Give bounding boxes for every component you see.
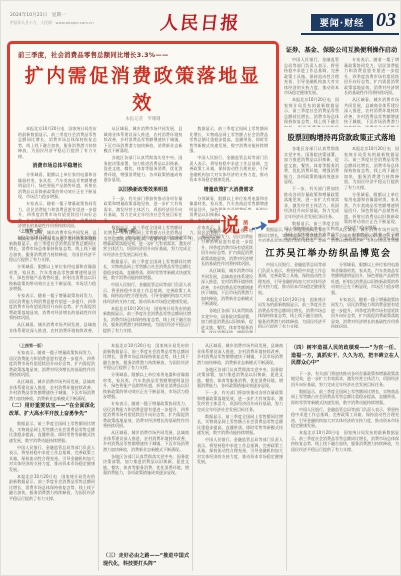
body-text-column: 中国人民银行、金融监管总局等部门负责人表示，将坚持稳中求进工作总基调，完善政策工… [284,57,339,127]
lead-body: 本报北京10月20日电 国家统计局发布的最新数据显示，前三季度社会消费品零售总额… [18,126,268,242]
body-paragraph: 从区域看，城乡消费市场共同发展，县域商业体系建设深入推进，农村消费环境持续改善，… [201,268,253,307]
body-paragraph: 下一步，有关部门将加快推动各项存量政策和增量政策落地见效，进一步扩大有效需求，激… [103,235,191,257]
lead-kicker: 前三季度，社会消费品零售总额同比增长3.3%—— [18,50,268,59]
body-text-column: 数据显示，前三季度全国网上零售额同比增长，实物商品网上零售额占社会消费品零售总额… [9,421,95,501]
body-paragraph: 下一步，有关部门将加快推动各项存量政策和增量政策落地见效，进一步扩大有效需求，激… [284,186,339,219]
lead-subhead-2: 以旧换新政策效果明显 [104,186,183,193]
body-text-column: 下一步，有关部门将加快推动各项存量政策和增量政策落地见效，进一步扩大有效需求，激… [291,371,399,453]
body-paragraph: 中国人民银行、金融监管总局等部门负责人表示，将坚持稳中求进工作总基调，完善政策工… [9,445,95,473]
body-text-column: 各地区各部门认真贯彻落实党中央、国务院决策部署，加力推进消费品以旧换新，促进文旅… [284,146,339,240]
body-paragraph: 从区域看，城乡消费市场共同发展，县域商业体系建设深入推进，农村消费环境持续改善，… [104,126,183,154]
body-paragraph: 专家表示，随着一揽子增量政策协同发力，居民消费能力和消费意愿有望进一步提升，四季… [18,201,97,229]
body-paragraph: 本报北京10月20日电 国家统计局发布的最新数据显示，前三季度社会消费品零售总额… [291,430,399,452]
body-text-column: 下一步，有关部门将加快推动各项存量政策和增量政策落地见效，进一步扩大有效需求，激… [103,235,191,333]
right-column: 证券、基金、保险公司互换便利操作启动 中国人民银行、金融监管总局等部门负责人表示… [284,45,399,240]
section-tag-rule [301,33,399,35]
expo-article: 数据显示，前三季度全国网上零售额同比增长，实物商品网上零售额占社会消费品零售总额… [258,227,399,333]
continuation-column-1: （上接第一版） 本报北京10月20日电 国家统计局发布的最新数据显示，前三季度社… [9,228,96,333]
body-paragraph: 数据显示，前三季度全国网上零售额同比增长，实物商品网上零售额占社会消费品零售总额… [291,389,399,406]
body-paragraph: 从区域看，城乡消费市场共同发展，县域商业体系建设深入推进，农村消费环境持续改善，… [103,430,189,452]
feature-column-1: （上接第一版） 专家表示，随着一揽子增量政策协同发力，居民消费能力和消费意愿有望… [9,343,95,571]
right-article-1-headline: 证券、基金、保险公司互换便利操作启动 [284,45,399,54]
continuation-column-2: （上接第一版） 下一步，有关部门将加快推动各项存量政策和增量政策落地见效，进一步… [103,228,191,333]
lead-article-box: 前三季度，社会消费品零售总额同比增长3.3%—— 扩内需促消费政策落地显效 本报… [7,41,279,223]
body-paragraph: 专家表示，随着一揽子增量政策协同发力，居民消费能力和消费意愿有望进一步提升，四季… [103,401,189,429]
body-paragraph: 中国人民银行、金融监管总局等部门负责人表示，将坚持稳中求进工作总基调，完善政策工… [197,437,283,465]
column-rule [192,343,193,571]
body-text-column: 分领域看，限额以上单位家用电器和音像器材类、家具类、汽车类商品零售额增速明显回升… [331,262,399,328]
body-text-column: 本报北京10月20日电 国家统计局发布的最新数据显示，前三季度社会消费品零售总额… [9,235,96,333]
body-paragraph: 从区域看，城乡消费市场共同发展，县域商业体系建设深入推进，农村消费环境持续改善，… [9,322,96,333]
body-paragraph: 下一步，有关部门将加快推动各项存量政策和增量政策落地见效，进一步扩大有效需求，激… [104,196,183,224]
lead-body-text: 本报北京10月20日电 国家统计局发布的最新数据显示，前三季度社会消费品零售总额… [18,126,97,159]
jump-label: （上接第一版） [103,228,191,234]
feature-section-3-heading: （三）走好必由之路——“推进中国式现代化，科技要打头阵” [103,553,189,568]
body-text-column: 专家表示，随着一揽子增量政策协同发力，居民消费能力和消费意愿有望进一步提升，四季… [9,350,95,401]
body-paragraph: 分领域看，限额以上单位家用电器和音像器材类、家具类、汽车类商品零售额增速明显回升… [9,264,96,292]
right-article-2-body: 各地区各部门认真贯彻落实党中央、国务院决策部署，加力推进消费品以旧换新，促进文旅… [284,146,399,240]
page-number: 03 [376,9,396,32]
feature-column-2: 本报北京10月20日电 国家统计局发布的最新数据显示，前三季度社会消费品零售总额… [103,343,189,571]
body-paragraph: 分领域看，限额以上单位家用电器和音像器材类、家具类、汽车类商品零售额增速明显回升… [103,372,189,400]
feature-column-3: 从区域看，城乡消费市场共同发展，县域商业体系建设深入推进，农村消费环境持续改善，… [197,343,283,571]
body-text-column: 专家表示，随着一揽子增量政策协同发力，居民消费能力和消费意愿有望进一步提升，四季… [201,228,253,333]
body-paragraph: 从区域看，城乡消费市场共同发展，县域商业体系建设深入推进，农村消费环境持续改善，… [9,379,95,401]
body-paragraph: 各地区各部门认真贯彻落实党中央、国务院决策部署，加力推进消费品以旧换新，促进文旅… [197,367,283,389]
column-rule [197,228,198,333]
body-paragraph: 各地区各部门认真贯彻落实党中央、国务院决策部署，加力推进消费品以旧换新，促进文旅… [284,146,339,185]
lead-body-column-1: 本报北京10月20日电 国家统计局发布的最新数据显示，前三季度社会消费品零售总额… [18,126,97,242]
body-paragraph: 下一步，有关部门将加快推动各项存量政策和增量政策落地见效，进一步扩大有效需求，激… [291,371,399,388]
body-text-column: 数据显示，前三季度全国网上零售额同比增长，实物商品网上零售额占社会消费品零售总额… [258,227,326,242]
body-paragraph: 分领域看，限额以上单位家用电器和音像器材类、家具类、汽车类商品零售额增速明显回升… [344,192,399,231]
body-paragraph: 中国人民银行、金融监管总局等部门负责人表示，将坚持稳中求进工作总基调，完善政策工… [291,407,399,429]
continuation-column-3: 专家表示，随着一揽子增量政策协同发力，居民消费能力和消费意愿有望进一步提升，四季… [201,228,253,333]
jump-label: （上接第一版） [9,343,95,349]
body-text-column: 本报北京10月20日电 国家统计局发布的最新数据显示，前三季度社会消费品零售总额… [103,343,189,551]
body-paragraph: 分领域看，限额以上单位家用电器和音像器材类、家具类、汽车类商品零售额增速明显回升… [331,262,399,295]
expo-headline: 江苏吴江举办纺织品博览会 [258,246,399,259]
body-text-column: 从区域看，城乡消费市场共同发展，县域商业体系建设深入推进，农村消费环境持续改善，… [197,343,283,465]
body-paragraph: 各地区各部门认真贯彻落实党中央、国务院决策部署，加力推进消费品以旧换新，促进文旅… [201,308,253,333]
body-paragraph: 本报北京10月20日电 国家统计局发布的最新数据显示，前三季度社会消费品零售总额… [18,126,97,159]
body-paragraph: 从区域看，城乡消费市场共同发展，县域商业体系建设深入推进，农村消费环境持续改善，… [197,343,283,365]
body-paragraph: 数据显示，前三季度全国网上零售额同比增长，实物商品网上零售额占社会消费品零售总额… [197,414,283,436]
body-text-column: 专家表示，随着一揽子增量政策协同发力，居民消费能力和消费意愿有望进一步提升，四季… [344,57,399,127]
column-rule [98,343,99,571]
section-tag: 要闻·财经 [311,14,373,31]
body-paragraph: 下一步，有关部门将加快推动各项存量政策和增量政策落地见效，进一步扩大有效需求，激… [197,390,283,412]
body-paragraph: 本报北京10月20日电 国家统计局发布的最新数据显示，前三季度社会消费品零售总额… [9,474,95,502]
body-paragraph: 数据显示，前三季度全国网上零售额同比增长，实物商品网上零售额占社会消费品零售总额… [258,227,326,242]
body-paragraph: 本报北京10月20日电 国家统计局发布的最新数据显示，前三季度社会消费品零售总额… [344,146,399,190]
body-paragraph: 从区域看，城乡消费市场共同发展，县域商业体系建设深入推进，农村消费环境持续改善，… [331,227,399,242]
newspaper-page: 2024年10月21日 星期一 甲辰年九月十九 人民网 www.people.c… [0,0,401,576]
body-paragraph: 数据显示，前三季度全国网上零售额同比增长，实物商品网上零售额占社会消费品零售总额… [189,126,268,154]
body-paragraph: 专家表示，随着一揽子增量政策协同发力，居民消费能力和消费意愿有望进一步提升，四季… [9,350,95,378]
lead-subhead-3: 增量政策扩大消费需求 [189,186,268,193]
jump-label: （上接第一版） [9,228,96,234]
lead-subhead-1: 消费市场总体平稳增长 [18,162,97,169]
body-paragraph: 各地区各部门认真贯彻落实党中央、国务院决策部署，加力推进消费品以旧换新，促进文旅… [103,454,189,476]
feature-column-4: （四）树牢造福人民的政绩观——“为官一任、造福一方，真抓实干、久久为功，把丰碑立… [291,343,399,571]
body-paragraph: 分领域看，限额以上单位家用电器和音像器材类、家具类、汽车类商品零售额增速明显回升… [18,172,97,200]
body-paragraph: 专家表示，随着一揽子增量政策协同发力，居民消费能力和消费意愿有望进一步提升，四季… [344,57,399,96]
body-paragraph: 专家表示，随着一揽子增量政策协同发力，居民消费能力和消费意愿有望进一步提升，四季… [331,297,399,328]
column-rule [255,228,256,333]
body-text-column: 中国人民银行、金融监管总局等部门负责人表示，将坚持稳中求进工作总基调，完善政策工… [258,262,326,328]
body-paragraph: 本报北京10月20日电 国家统计局发布的最新数据显示，前三季度社会消费品零售总额… [103,343,189,371]
column-rule [98,228,99,333]
body-paragraph: 中国人民银行、金融监管总局等部门负责人表示，将坚持稳中求进工作总基调，完善政策工… [258,262,326,295]
body-paragraph: 专家表示，随着一揽子增量政策协同发力，居民消费能力和消费意愿有望进一步提升，四季… [201,228,253,267]
body-paragraph: 中国人民银行、金融监管总局等部门负责人表示，将坚持稳中求进工作总基调，完善政策工… [189,155,268,183]
body-paragraph: 专家表示，随着一揽子增量政策协同发力，居民消费能力和消费意愿有望进一步提升，四季… [9,293,96,321]
body-paragraph: 本报北京10月20日电 国家统计局发布的最新数据显示，前三季度社会消费品零售总额… [103,306,191,333]
right-article-2-headline: 股票回购增持再贷款政策正式落地 [284,133,399,143]
right-article-1-body: 中国人民银行、金融监管总局等部门负责人表示，将坚持稳中求进工作总基调，完善政策工… [284,57,399,127]
lead-body-column-3: 数据显示，前三季度全国网上零售额同比增长，实物商品网上零售额占社会消费品零售总额… [189,126,268,242]
body-paragraph: 数据显示，前三季度全国网上零售额同比增长，实物商品网上零售额占社会消费品零售总额… [9,421,95,443]
right-article-2-tail: 数据显示，前三季度全国网上零售额同比增长，实物商品网上零售额占社会消费品零售总额… [258,227,399,242]
body-paragraph: 从区域看，城乡消费市场共同发展，县域商业体系建设深入推进，农村消费环境持续改善，… [344,97,399,127]
band-divider [9,337,399,338]
feature-section-2-heading: （二）用好重要法宝——“在全面深化改革、扩大高水平开放上奋勇争先” [9,403,95,418]
body-text-column: 本报北京10月20日电 国家统计局发布的最新数据显示，前三季度社会消费品零售总额… [344,146,399,240]
lead-body-column-2: 从区域看，城乡消费市场共同发展，县域商业体系建设深入推进，农村消费环境持续改善，… [104,126,183,242]
column-rule [286,343,287,571]
lead-body-text: 从区域看，城乡消费市场共同发展，县域商业体系建设深入推进，农村消费环境持续改善，… [104,126,183,183]
body-paragraph: 各地区各部门认真贯彻落实党中央、国务院决策部署，加力推进消费品以旧换新，促进文旅… [104,155,183,183]
body-paragraph: 本报北京10月20日电 国家统计局发布的最新数据显示，前三季度社会消费品零售总额… [9,235,96,263]
expo-body: 中国人民银行、金融监管总局等部门负责人表示，将坚持稳中求进工作总基调，完善政策工… [258,262,399,328]
lead-body-text: 数据显示，前三季度全国网上零售额同比增长，实物商品网上零售额占社会消费品零售总额… [189,126,268,183]
body-paragraph: 中国人民银行、金融监管总局等部门负责人表示，将坚持稳中求进工作总基调，完善政策工… [284,57,339,96]
feature-section-4-heading: （四）树牢造福人民的政绩观——“为官一任、造福一方，真抓实干、久久为功，把丰碑立… [291,345,399,368]
body-paragraph: 本报北京10月20日电 国家统计局发布的最新数据显示，前三季度社会消费品零售总额… [284,97,339,127]
body-paragraph: 本报北京10月20日电 国家统计局发布的最新数据显示，前三季度社会消费品零售总额… [258,297,326,328]
body-paragraph: 中国人民银行、金融监管总局等部门负责人表示，将坚持稳中求进工作总基调，完善政策工… [103,282,191,304]
body-paragraph: 数据显示，前三季度全国网上零售额同比增长，实物商品网上零售额占社会消费品零售总额… [103,259,191,281]
body-text-column: 从区域看，城乡消费市场共同发展，县域商业体系建设深入推进，农村消费环境持续改善，… [331,227,399,242]
lead-headline: 扩内需促消费政策落地显效 [18,61,268,115]
lead-byline: 本报记者 罗珊珊 [18,116,268,122]
